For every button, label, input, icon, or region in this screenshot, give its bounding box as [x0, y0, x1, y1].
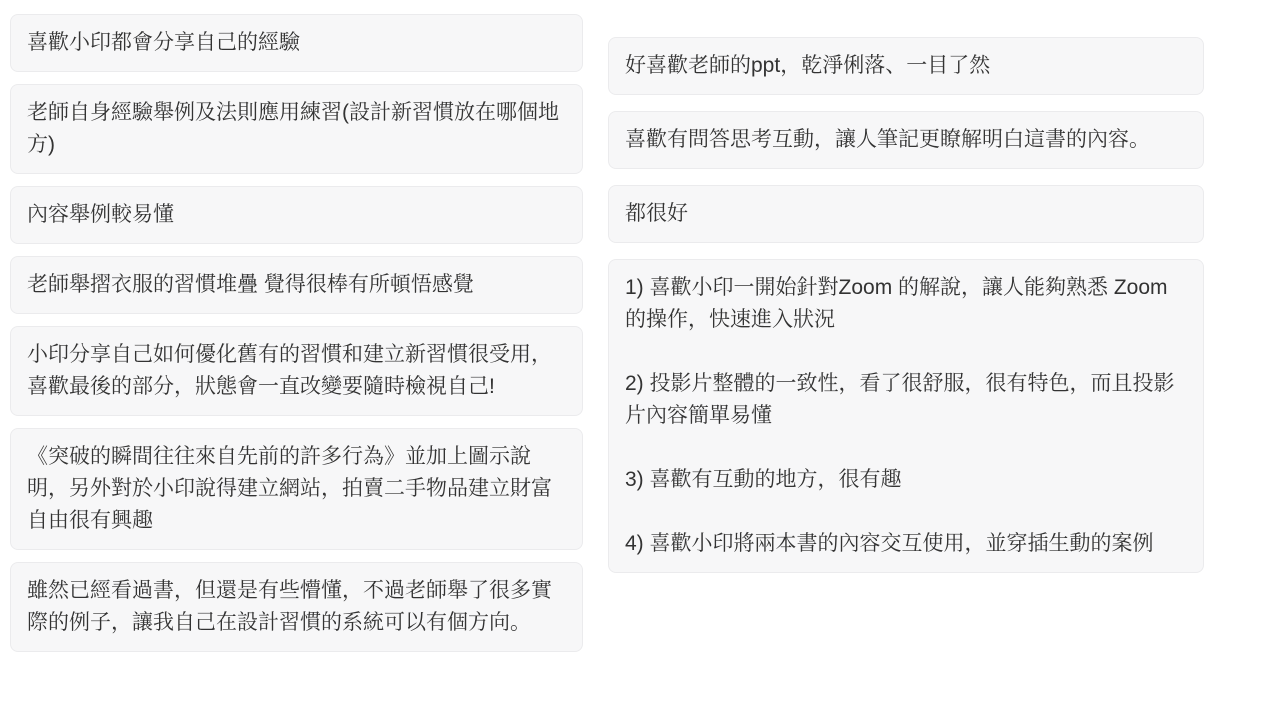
- feedback-text: 雖然已經看過書，但還是有些懵懂，不過老師舉了很多實際的例子，讓我自己在設計習慣的…: [27, 575, 566, 639]
- feedback-card: 1) 喜歡小印一開始針對Zoom 的解說，讓人能夠熟悉 Zoom 的操作，快速進…: [608, 259, 1204, 573]
- feedback-card: 內容舉例較易懂: [10, 186, 583, 244]
- feedback-card: 喜歡有問答思考互動，讓人筆記更瞭解明白這書的內容。: [608, 111, 1204, 169]
- left-column: 喜歡小印都會分享自己的經驗 老師自身經驗舉例及法則應用練習(設計新習慣放在哪個地…: [10, 14, 583, 664]
- feedback-card: 老師舉摺衣服的習慣堆疊 覺得很棒有所頓悟感覺: [10, 256, 583, 314]
- feedback-text: 好喜歡老師的ppt，乾淨俐落、一目了然: [625, 50, 1187, 82]
- feedback-card: 都很好: [608, 185, 1204, 243]
- feedback-text: 老師自身經驗舉例及法則應用練習(設計新習慣放在哪個地方): [27, 97, 566, 161]
- feedback-text: 喜歡有問答思考互動，讓人筆記更瞭解明白這書的內容。: [625, 124, 1187, 156]
- feedback-text: 1) 喜歡小印一開始針對Zoom 的解說，讓人能夠熟悉 Zoom 的操作，快速進…: [625, 272, 1187, 560]
- feedback-text: 老師舉摺衣服的習慣堆疊 覺得很棒有所頓悟感覺: [27, 269, 566, 301]
- feedback-card: 雖然已經看過書，但還是有些懵懂，不過老師舉了很多實際的例子，讓我自己在設計習慣的…: [10, 562, 583, 652]
- feedback-board: 喜歡小印都會分享自己的經驗 老師自身經驗舉例及法則應用練習(設計新習慣放在哪個地…: [0, 0, 1280, 720]
- right-column: 好喜歡老師的ppt，乾淨俐落、一目了然 喜歡有問答思考互動，讓人筆記更瞭解明白這…: [608, 37, 1204, 589]
- feedback-text: 內容舉例較易懂: [27, 199, 566, 231]
- feedback-card: 好喜歡老師的ppt，乾淨俐落、一目了然: [608, 37, 1204, 95]
- feedback-text: 小印分享自己如何優化舊有的習慣和建立新習慣很受用，喜歡最後的部分，狀態會一直改變…: [27, 339, 566, 403]
- feedback-card: 小印分享自己如何優化舊有的習慣和建立新習慣很受用，喜歡最後的部分，狀態會一直改變…: [10, 326, 583, 416]
- feedback-text: 都很好: [625, 198, 1187, 230]
- feedback-card: 《突破的瞬間往往來自先前的許多行為》並加上圖示說明，另外對於小印說得建立網站，拍…: [10, 428, 583, 550]
- feedback-text: 喜歡小印都會分享自己的經驗: [27, 27, 566, 59]
- feedback-card: 喜歡小印都會分享自己的經驗: [10, 14, 583, 72]
- feedback-text: 《突破的瞬間往往來自先前的許多行為》並加上圖示說明，另外對於小印說得建立網站，拍…: [27, 441, 566, 537]
- feedback-card: 老師自身經驗舉例及法則應用練習(設計新習慣放在哪個地方): [10, 84, 583, 174]
